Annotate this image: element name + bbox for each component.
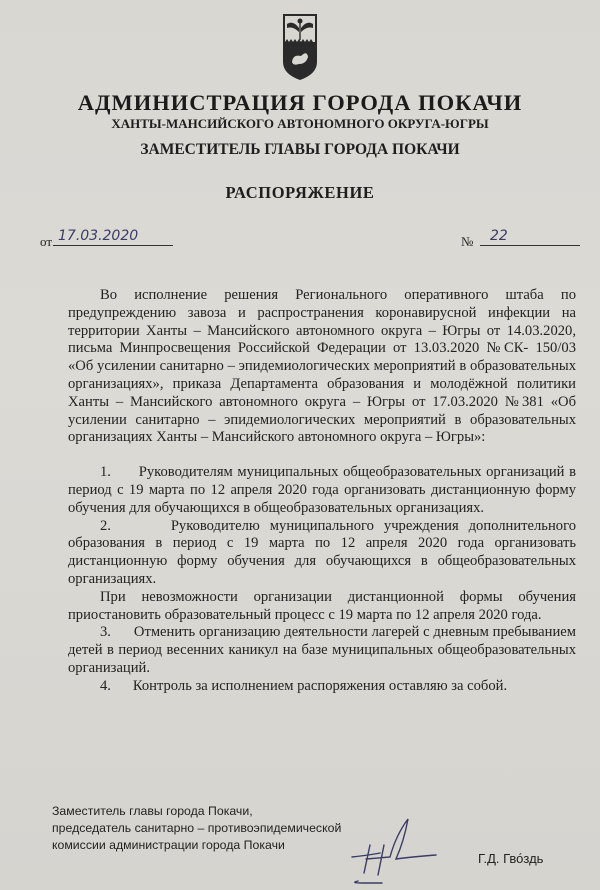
signatory-line-2: председатель санитарно – противоэпидемич…: [52, 820, 341, 837]
date-field: 17.03.2020: [53, 228, 173, 246]
office-title: ЗАМЕСТИТЕЛЬ ГЛАВЫ ГОРОДА ПОКАЧИ: [0, 141, 600, 159]
order-item-2-note: При невозможности организации дистанцион…: [68, 589, 576, 625]
document-body: Во исполнение решения Регионального опер…: [68, 287, 576, 696]
signatory-line-1: Заместитель главы города Покачи,: [52, 803, 341, 820]
order-item-3: 3. Отменить организацию деятельности лаг…: [68, 624, 576, 677]
date-label: от: [40, 234, 52, 250]
coat-of-arms-icon: [281, 10, 319, 82]
signatory-line-3: комиссии администрации города Покачи: [52, 837, 341, 854]
number-field: 22: [480, 228, 580, 246]
signatory-name: Г.Д. Гво́здь: [478, 851, 543, 866]
preamble-paragraph: Во исполнение решения Регионального опер…: [68, 287, 576, 447]
date-number-line: от 17.03.2020 № 22: [40, 228, 570, 252]
handwritten-signature-icon: [340, 815, 450, 890]
order-item-2: 2. Руководителю муниципального учреждени…: [68, 518, 576, 589]
order-item-4: 4. Контроль за исполнением распоряжения …: [68, 678, 576, 696]
signatory-position: Заместитель главы города Покачи, председ…: [52, 803, 341, 854]
document-page: АДМИНИСТРАЦИЯ ГОРОДА ПОКАЧИ ХАНТЫ-МАНСИЙ…: [0, 0, 600, 890]
document-type: РАСПОРЯЖЕНИЕ: [0, 183, 600, 203]
order-item-1: 1. Руководителям муниципальных общеобраз…: [68, 464, 576, 517]
organization-title: АДМИНИСТРАЦИЯ ГОРОДА ПОКАЧИ: [0, 90, 600, 116]
organization-region: ХАНТЫ-МАНСИЙСКОГО АВТОНОМНОГО ОКРУГА-ЮГР…: [0, 116, 600, 132]
number-label: №: [461, 234, 473, 250]
